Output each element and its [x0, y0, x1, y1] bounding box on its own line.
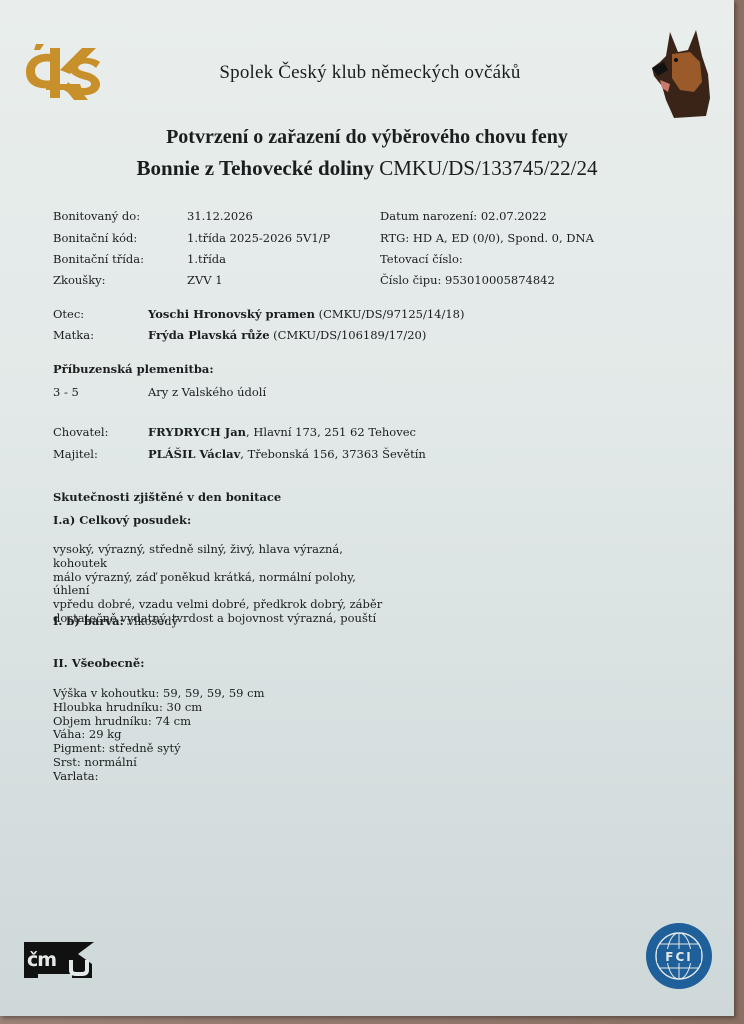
father-reg: (CMKU/DS/97125/14/18): [319, 307, 465, 321]
dog-title: Bonnie z Tehovecké doliny CMKU/DS/133745…: [0, 156, 734, 181]
inbreeding-degree: 3 - 5: [53, 385, 79, 399]
label-owner: Majitel:: [53, 447, 98, 461]
value-bonitacni-kod: 1.třída 2025-2026 5V1/P: [187, 231, 330, 245]
color-value: vlkošedý: [124, 614, 178, 628]
father-name: Yoschi Hronovský pramen: [148, 307, 315, 321]
value-zkousky: ZVV 1: [187, 273, 223, 287]
measurement-chest-girth: Objem hrudníku: 74 cm: [53, 715, 393, 729]
father: Yoschi Hronovský pramen (CMKU/DS/97125/1…: [148, 307, 464, 321]
value-bonitovany-do: 31.12.2026: [187, 209, 253, 223]
color-label: I. b) barva:: [53, 614, 124, 628]
label-mother: Matka:: [53, 328, 94, 342]
label-zkousky: Zkoušky:: [53, 273, 106, 287]
dog-name: Bonnie z Tehovecké doliny: [137, 156, 374, 180]
svg-text:FCI: FCI: [665, 950, 692, 964]
document-title: Potvrzení o zařazení do výběrového chovu…: [0, 126, 734, 149]
label-father: Otec:: [53, 307, 84, 321]
overall-line: málo výrazný, záď poněkud krátká, normál…: [53, 571, 393, 599]
inbreeding-ancestor: Ary z Valského údolí: [148, 385, 266, 399]
overall-line: vysoký, výrazný, středně silný, živý, hl…: [53, 543, 393, 571]
mother-reg: (CMKU/DS/106189/17/20): [273, 328, 426, 342]
measurement-testicles: Varlata:: [53, 770, 393, 784]
measurement-weight: Váha: 29 kg: [53, 728, 393, 742]
document-page: Spolek Český klub německých ovčáků Potvr…: [0, 0, 734, 1016]
dog-registration: CMKU/DS/133745/22/24: [379, 156, 597, 180]
label-bonitacni-kod: Bonitační kód:: [53, 231, 137, 245]
label-bonitovany-do: Bonitovaný do:: [53, 209, 140, 223]
measurement-height: Výška v kohoutku: 59, 59, 59, 59 cm: [53, 687, 393, 701]
breeder-name: FRYDRYCH Jan: [148, 425, 246, 439]
breeder: FRYDRYCH Jan, Hlavní 173, 251 62 Tehovec: [148, 425, 416, 439]
rtg-results: RTG: HD A, ED (0/0), Spond. 0, DNA: [380, 231, 594, 245]
measurement-pigment: Pigment: středně sytý: [53, 742, 393, 756]
assessment-heading: Skutečnosti zjištěné v den bonitace: [53, 490, 281, 504]
measurement-chest-depth: Hloubka hrudníku: 30 cm: [53, 701, 393, 715]
label-bonitacni-trida: Bonitační třída:: [53, 252, 144, 266]
measurement-coat: Srst: normální: [53, 756, 393, 770]
club-name: Spolek Český klub německých ovčáků: [0, 62, 734, 84]
mother: Frýda Plavská růže (CMKU/DS/106189/17/20…: [148, 328, 426, 342]
owner: PLÁŠIL Václav, Třebonská 156, 37363 Ševě…: [148, 447, 426, 461]
color-row: I. b) barva: vlkošedý: [53, 614, 178, 628]
general-heading: II. Všeobecně:: [53, 656, 144, 670]
breeder-address: , Hlavní 173, 251 62 Tehovec: [246, 425, 416, 439]
svg-text:čm: čm: [27, 949, 56, 971]
overall-heading: I.a) Celkový posudek:: [53, 513, 191, 527]
owner-address: , Třebonská 156, 37363 Ševětín: [240, 447, 426, 461]
tattoo-number: Tetovací číslo:: [380, 252, 463, 266]
fci-logo-icon: FCI: [645, 922, 713, 990]
value-bonitacni-trida: 1.třída: [187, 252, 226, 266]
overall-line: vpředu dobré, vzadu velmi dobré, předkro…: [53, 598, 393, 612]
label-breeder: Chovatel:: [53, 425, 108, 439]
owner-name: PLÁŠIL Václav: [148, 447, 240, 461]
cmku-logo-icon: čm: [24, 940, 98, 980]
chip-number: Číslo čipu: 953010005874842: [380, 273, 555, 287]
inbreeding-heading: Příbuzenská plemenitba:: [53, 362, 214, 376]
mother-name: Frýda Plavská růže: [148, 328, 270, 342]
general-measurements: Výška v kohoutku: 59, 59, 59, 59 cm Hlou…: [53, 687, 393, 784]
birth-date: Datum narození: 02.07.2022: [380, 209, 547, 223]
